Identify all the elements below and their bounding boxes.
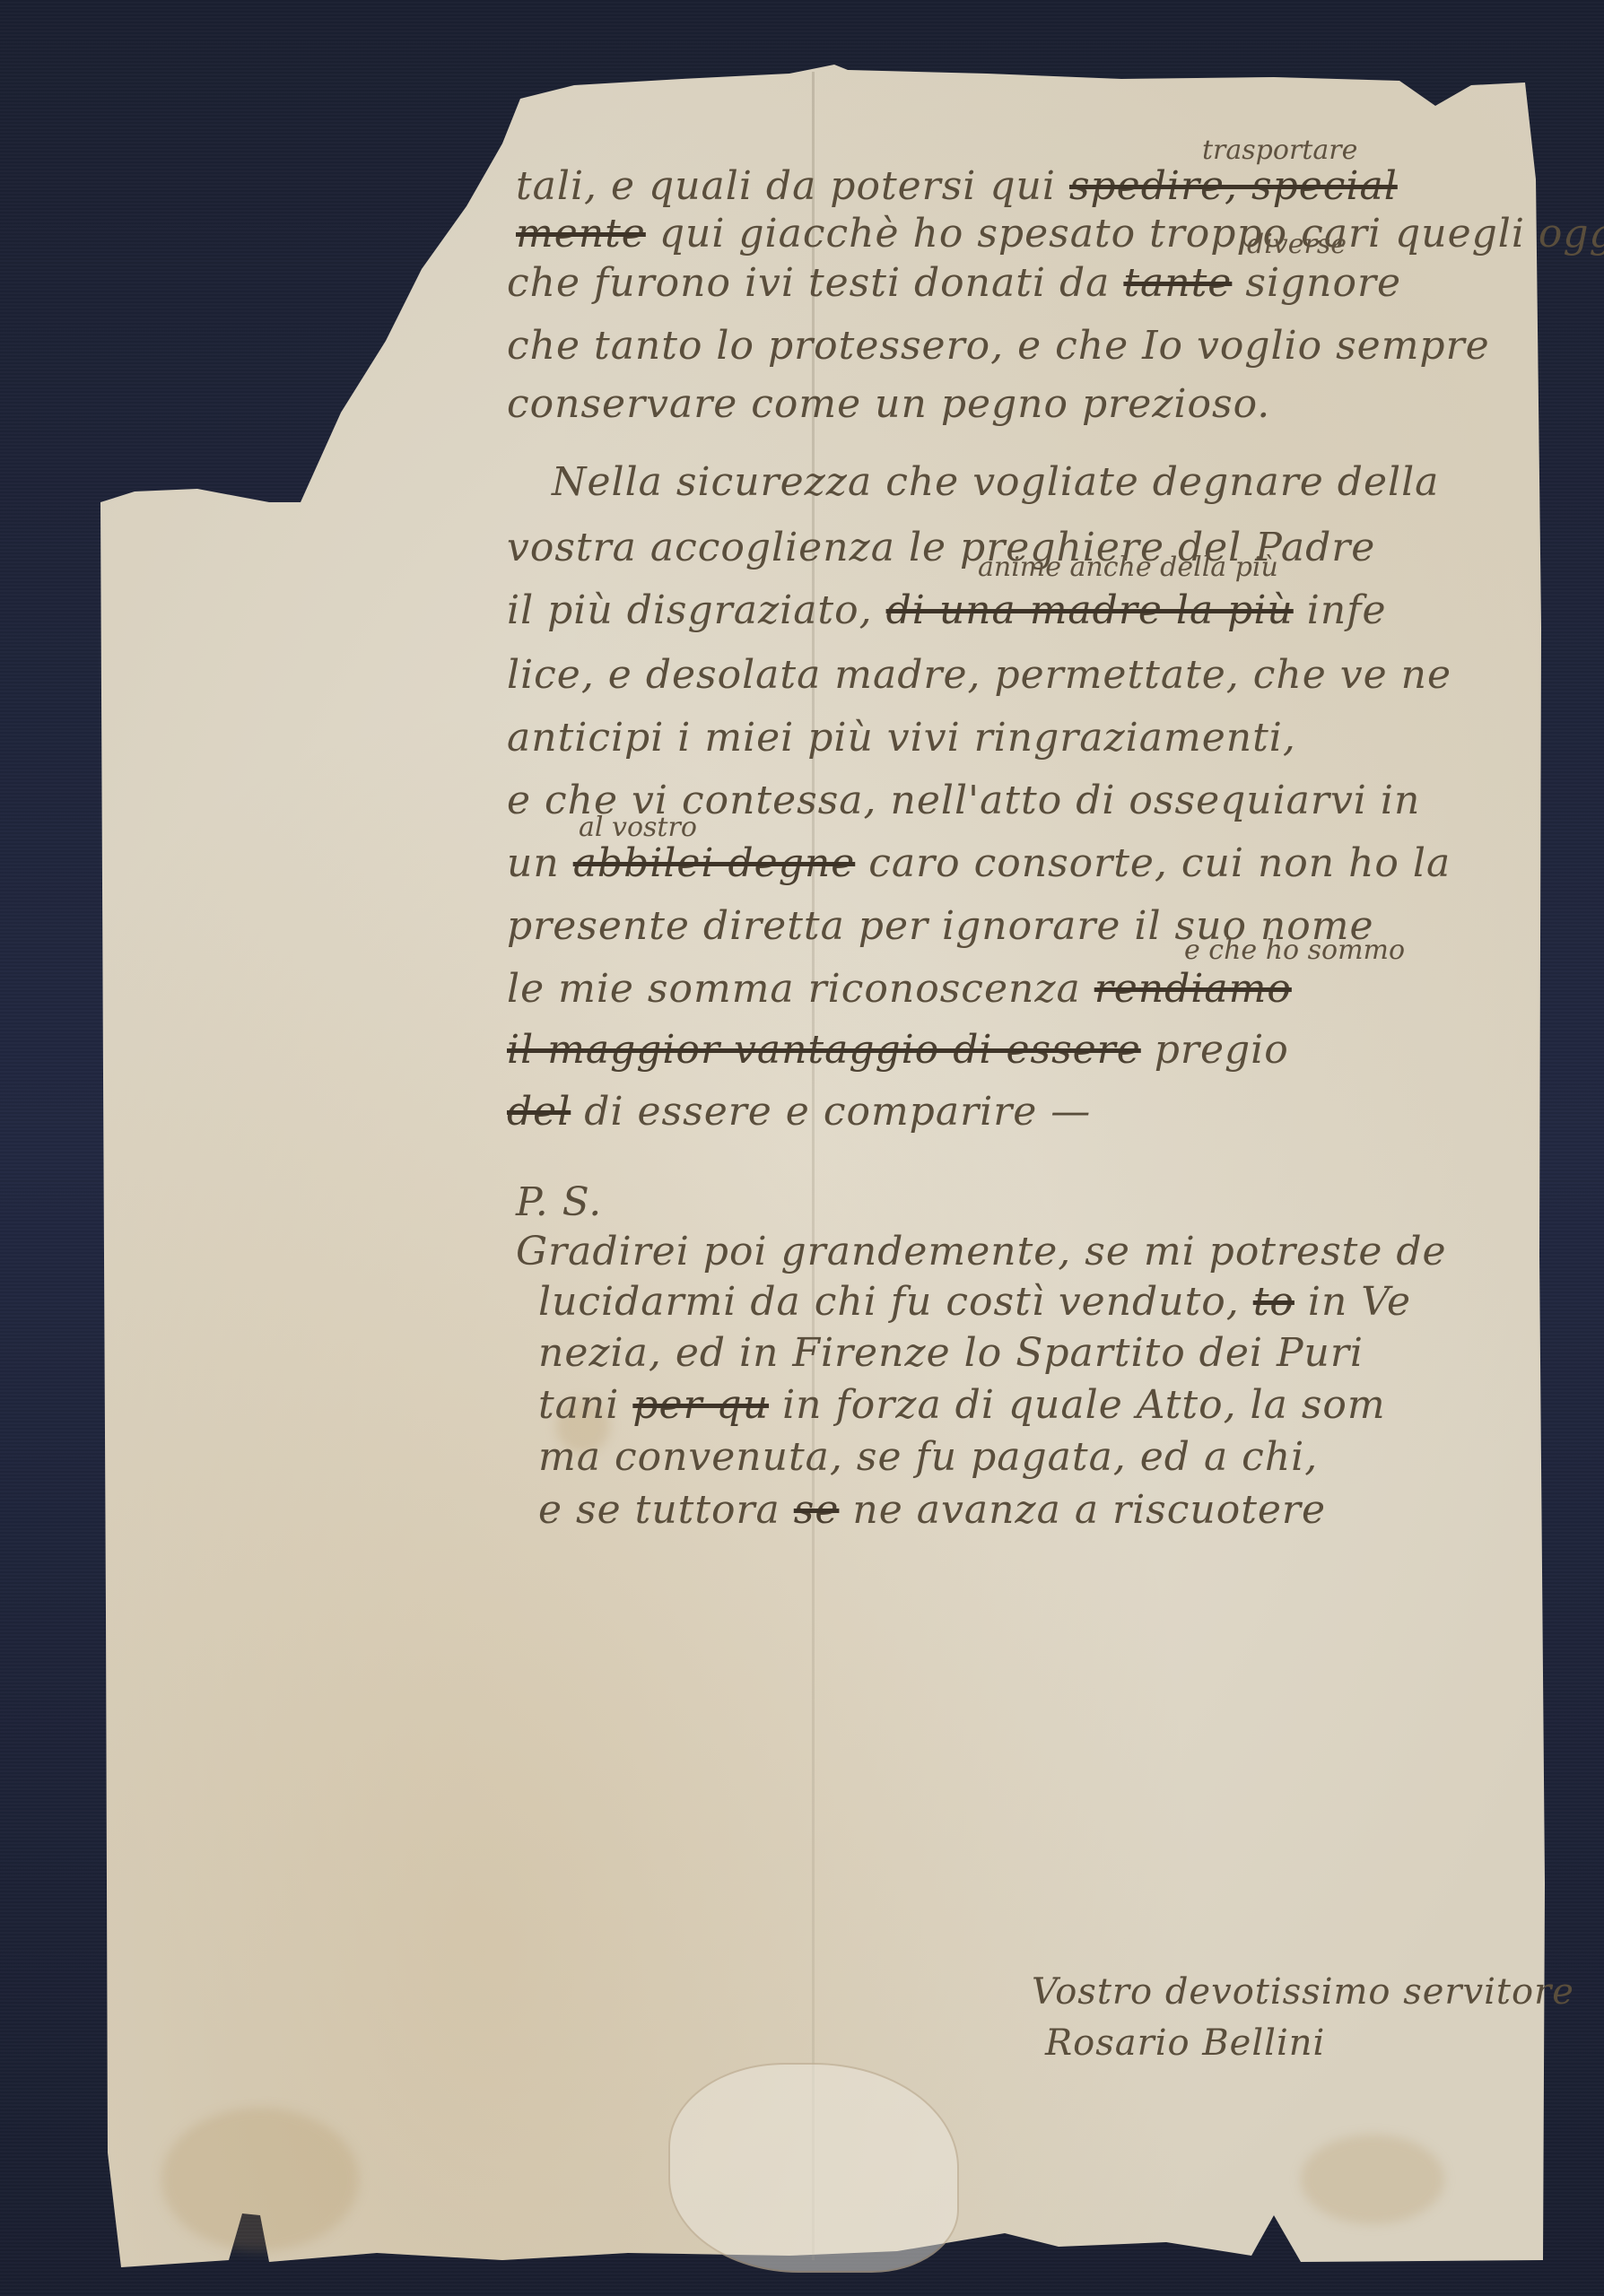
text-line: anticipi i miei più vivi ringraziamenti, — [507, 715, 1296, 761]
text-line: ma convenuta, se fu pagata, ed a chi, — [538, 1434, 1318, 1480]
deleted-text: di una madre la più — [886, 587, 1294, 633]
text-line: che furono ivi testi donati da tante sig… — [507, 260, 1401, 306]
line-text: un — [507, 840, 560, 886]
text-line: lice, e desolata madre, permettate, che … — [507, 652, 1451, 698]
text-line: il maggior vantaggio di essere pregio — [507, 1027, 1289, 1073]
text-line: tali, e quali da potersi qui spedire, sp… — [516, 163, 1398, 209]
deleted-text: se — [794, 1487, 840, 1533]
signature-name: Rosario Bellini — [1045, 2022, 1325, 2064]
line-text: che furono ivi testi donati da — [507, 260, 1110, 306]
line-text: in forza di quale Atto, la som — [782, 1382, 1386, 1428]
line-text: di essere e comparire — — [584, 1089, 1091, 1135]
line-text: tani — [538, 1382, 619, 1428]
text-line: del di essere e comparire — — [507, 1089, 1091, 1135]
insertion: trasportare — [1202, 135, 1357, 166]
text-line: Nella sicurezza che vogliate degnare del… — [552, 459, 1439, 505]
text-line: un abbilei degne caro consorte, cui non … — [507, 840, 1451, 886]
insertion: al vostro — [579, 812, 697, 843]
text-line: le mie somma riconoscenza rendiamo — [507, 966, 1292, 1012]
deleted-text: tante — [1123, 260, 1232, 306]
deleted-text: mente — [516, 211, 646, 257]
signature-closing: Vostro devotissimo servitore — [1032, 1971, 1574, 2013]
text-line: conservare come un pegno prezioso. — [507, 381, 1270, 427]
deleted-text: il maggior vantaggio di essere — [507, 1027, 1141, 1073]
line-text: il più disgraziato, — [507, 587, 873, 633]
line-text: caro consorte, cui non ho la — [868, 840, 1451, 886]
text-line: e se tuttora se ne avanza a riscuotere — [538, 1487, 1326, 1533]
text-line: lucidarmi da chi fu costì venduto, to in… — [538, 1279, 1411, 1325]
line-text: in Ve — [1308, 1279, 1411, 1325]
line-text: ne avanza a riscuotere — [852, 1487, 1326, 1533]
line-text: tali, e quali da potersi qui — [516, 163, 1056, 209]
line-text: infe — [1307, 587, 1387, 633]
paper-repair-patch — [668, 2063, 959, 2273]
foxing-stain — [1301, 2135, 1444, 2224]
deleted-text: to — [1253, 1279, 1295, 1325]
foxing-stain — [161, 2108, 359, 2251]
text-line: Gradirei poi grandemente, se mi potreste… — [516, 1229, 1447, 1274]
line-text: qui giacchè ho spesato troppo cari quegl… — [659, 211, 1604, 257]
text-line: che tanto lo protessero, e che Io voglio… — [507, 323, 1490, 369]
insertion: diverse — [1247, 229, 1347, 260]
text-line: nezia, ed in Firenze lo Spartito dei Pur… — [538, 1330, 1364, 1376]
deleted-text: rendiamo — [1094, 966, 1292, 1012]
deleted-text: per qu — [632, 1382, 769, 1428]
deleted-text: abbilei degne — [573, 840, 856, 886]
line-text: signore — [1245, 260, 1401, 306]
text-line: mente qui giacchè ho spesato troppo cari… — [516, 211, 1604, 257]
text-line: tani per qu in forza di quale Atto, la s… — [538, 1382, 1386, 1428]
deleted-text: del — [507, 1089, 571, 1135]
insertion: anime anche della più — [978, 552, 1278, 583]
postscript-label: P. S. — [516, 1179, 602, 1225]
insertion: e che ho sommo — [1184, 935, 1405, 966]
deleted-text: spedire, special — [1069, 163, 1398, 209]
line-text: le mie somma riconoscenza — [507, 966, 1081, 1012]
line-text: pregio — [1155, 1027, 1289, 1073]
text-line: il più disgraziato, di una madre la più … — [507, 587, 1387, 633]
line-text: e se tuttora — [538, 1487, 780, 1533]
line-text: lucidarmi da chi fu costì venduto, — [538, 1279, 1240, 1325]
